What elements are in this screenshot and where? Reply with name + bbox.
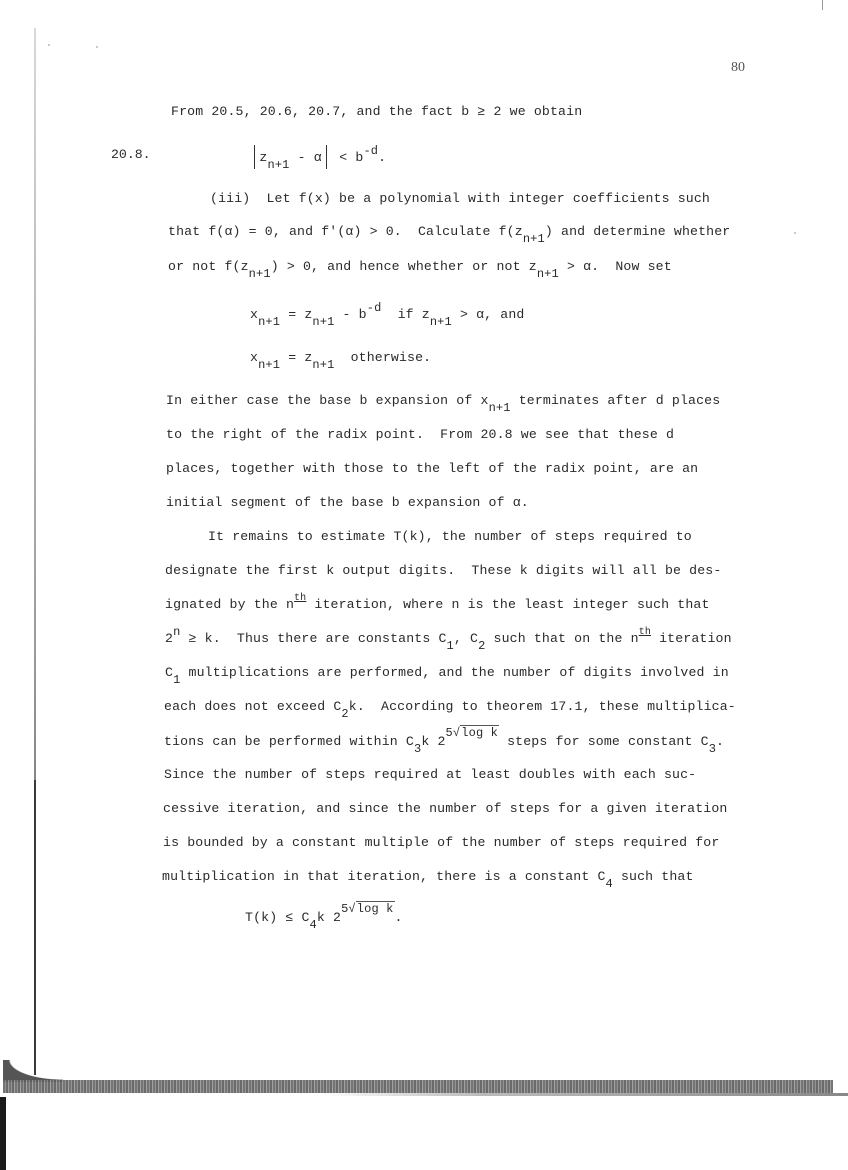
page-number: 80 (731, 60, 745, 76)
text-line: is bounded by a constant multiple of the… (163, 835, 719, 850)
corner-mark (822, 0, 823, 10)
text-line: cessive iteration, and since the number … (163, 801, 727, 816)
text-line: places, together with those to the left … (166, 461, 698, 476)
text-line: ignated by the nth iteration, where n is… (165, 597, 710, 612)
definition-line-1: xn+1 = zn+1 - b-d if zn+1 > α, and (250, 307, 524, 322)
speck (96, 46, 98, 48)
text-line: C1 multiplications are performed, and th… (165, 665, 729, 680)
text-line: tions can be performed within C3k 25√log… (164, 733, 724, 749)
definition-line-2: xn+1 = zn+1 otherwise. (250, 350, 431, 365)
equation-20-8: zn+1 - α < b-d. (250, 145, 386, 169)
abs-bar-left (254, 145, 255, 169)
text-line: From 20.5, 20.6, 20.7, and the fact b ≥ … (171, 104, 582, 119)
speck (48, 44, 50, 46)
binding-edge-line-dark (34, 780, 36, 1075)
final-inequality: T(k) ≤ C4k 25√log k. (245, 909, 403, 925)
page-curl-corner (3, 1060, 63, 1082)
text-line: initial segment of the base b expansion … (166, 495, 529, 510)
text-line: or not f(zn+1) > 0, and hence whether or… (168, 259, 672, 274)
text-line: Since the number of steps required at le… (164, 767, 696, 782)
text-line: designate the first k output digits. The… (165, 563, 721, 578)
text-line: (iii) Let f(x) be a polynomial with inte… (210, 191, 710, 206)
equation-label: 20.8. (111, 147, 151, 162)
scanner-bottom-band (3, 1080, 833, 1093)
sqrt-exponent: 5√log k (341, 901, 394, 916)
text-line: to the right of the radix point. From 20… (166, 427, 674, 442)
text-line: 2n ≥ k. Thus there are constants C1, C2 … (165, 631, 732, 646)
scanner-edge-bar (0, 1097, 6, 1170)
text-line: that f(α) = 0, and f'(α) > 0. Calculate … (168, 224, 730, 239)
sqrt-exponent: 5√log k (446, 725, 499, 740)
text-line: It remains to estimate T(k), the number … (208, 529, 692, 544)
scanner-shadow (320, 1093, 848, 1096)
abs-bar-right (326, 145, 327, 169)
text-line: multiplication in that iteration, there … (162, 869, 694, 884)
text-line: each does not exceed C2k. According to t… (164, 699, 736, 714)
speck (794, 232, 796, 234)
text-line: In either case the base b expansion of x… (166, 393, 720, 408)
